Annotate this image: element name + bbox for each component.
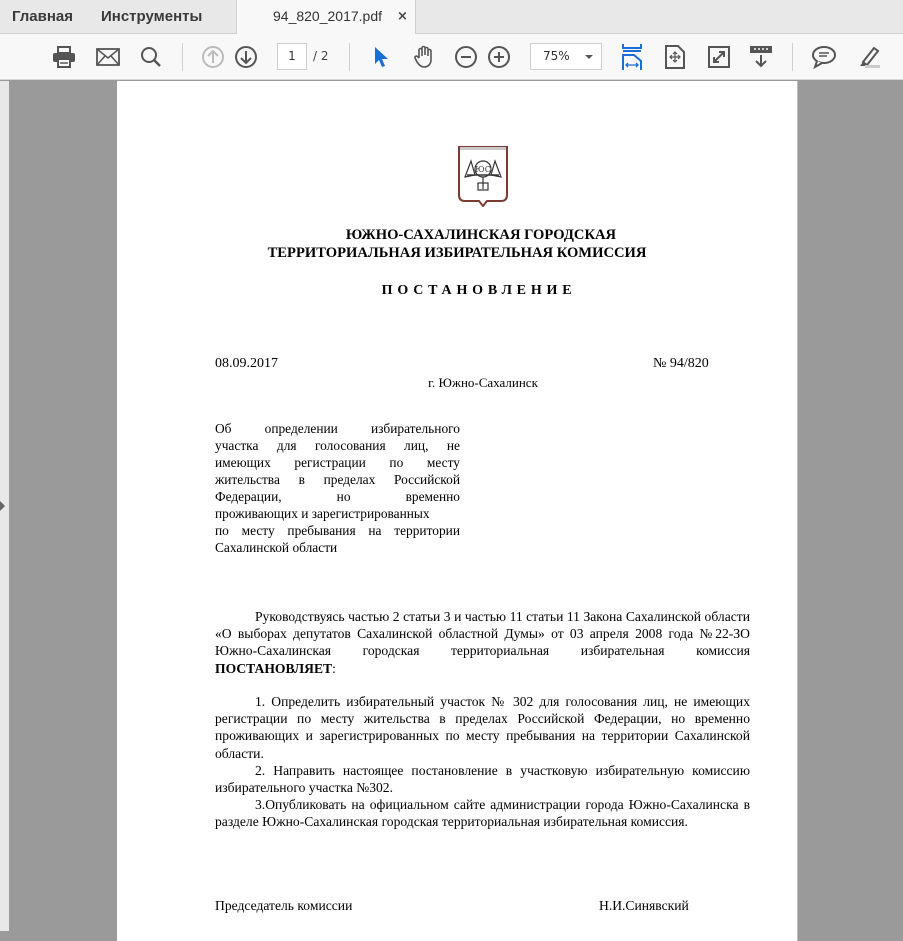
signature-title: Председатель комиссии [215, 898, 352, 914]
next-page-icon[interactable] [233, 44, 259, 70]
zoom-in-icon[interactable] [486, 44, 512, 70]
fullscreen-icon[interactable] [706, 44, 732, 70]
document-number: № 94/820 [653, 356, 709, 372]
comment-icon[interactable] [811, 44, 837, 70]
toolbar-divider [182, 43, 183, 71]
toolbar-divider [792, 43, 793, 71]
expand-panel-icon[interactable] [0, 501, 5, 511]
subject-line: имеющих регистрации по месту [215, 454, 460, 471]
highlight-icon[interactable] [855, 44, 881, 70]
page-number-input[interactable]: 1 [277, 43, 307, 70]
document-city: г. Южно-Сахалинск [117, 375, 797, 391]
document-tab-label: 94_820_2017.pdf [273, 0, 382, 33]
organization-line-1: ЮЖНО-САХАЛИНСКАЯ ГОРОДСКАЯ [165, 226, 797, 244]
tab-bar: Главная Инструменты 94_820_2017.pdf × [0, 0, 903, 34]
preamble-bold: ПОСТАНОВЛЯЕТ [215, 661, 332, 676]
subject-line: Федерации, но временно [215, 488, 460, 505]
prev-page-icon[interactable] [200, 44, 226, 70]
coat-of-arms-emblem: ЮС [457, 145, 509, 207]
zoom-out-icon[interactable] [453, 44, 479, 70]
document-type-heading: ПОСТАНОВЛЕНИЕ [117, 283, 797, 299]
tab-document[interactable]: 94_820_2017.pdf × [236, 0, 416, 35]
subject-line: проживающих и зарегистрированных [215, 505, 460, 522]
signature-name: Н.И.Синявский [599, 898, 689, 914]
email-icon[interactable] [95, 44, 121, 70]
page-total: / 2 [313, 43, 329, 70]
organization-line-2: ТЕРРИТОРИАЛЬНАЯ ИЗБИРАТЕЛЬНАЯ КОМИССИЯ [117, 244, 797, 262]
resolution-item: 1. Определить избирательный участок № 30… [215, 693, 750, 762]
zoom-level-value: 75% [543, 44, 570, 69]
subject-line: жительства в пределах Российской [215, 471, 460, 488]
document-date: 08.09.2017 [215, 356, 278, 372]
tab-home[interactable]: Главная [12, 0, 73, 33]
hand-tool-icon[interactable] [411, 44, 437, 70]
resolution-item: 3.Опубликовать на официальном сайте адми… [215, 796, 750, 830]
resolution-items: 1. Определить избирательный участок № 30… [215, 693, 750, 831]
toolbar-divider [349, 43, 350, 71]
fit-width-icon[interactable] [619, 43, 645, 71]
subject-line: участка для голосования лиц, не [215, 437, 460, 454]
toolbar: 1 / 2 75% [0, 34, 903, 80]
subject-line: по месту пребывания на территории [215, 522, 460, 539]
scroll-mode-icon[interactable] [748, 44, 774, 70]
tab-tools[interactable]: Инструменты [101, 0, 202, 33]
preamble-end: : [332, 661, 336, 676]
print-icon[interactable] [51, 44, 77, 70]
close-icon[interactable]: × [397, 0, 408, 33]
search-icon[interactable] [138, 44, 164, 70]
pdf-page: ЮС ЮЖНО-САХАЛИНСКАЯ ГОРОДСКАЯ ТЕРРИТОРИА… [117, 81, 798, 931]
fit-page-icon[interactable] [662, 44, 688, 70]
subject-line: Сахалинской области [215, 539, 460, 556]
svg-text:ЮС: ЮС [475, 165, 491, 174]
subject-line: Об определении избирательного [215, 420, 460, 437]
document-subject: Об определении избирательного участка дл… [215, 420, 460, 556]
organization-title: ЮЖНО-САХАЛИНСКАЯ ГОРОДСКАЯ ТЕРРИТОРИАЛЬН… [117, 226, 797, 262]
zoom-level-select[interactable]: 75% [530, 43, 602, 70]
select-cursor-icon[interactable] [368, 44, 394, 70]
preamble-paragraph: Руководствуясь частью 2 статьи 3 и часть… [215, 608, 750, 677]
chevron-down-icon [585, 55, 593, 59]
preamble-text: Руководствуясь частью 2 статьи 3 и часть… [215, 609, 750, 658]
resolution-item: 2. Направить настоящее постановление в у… [215, 762, 750, 796]
